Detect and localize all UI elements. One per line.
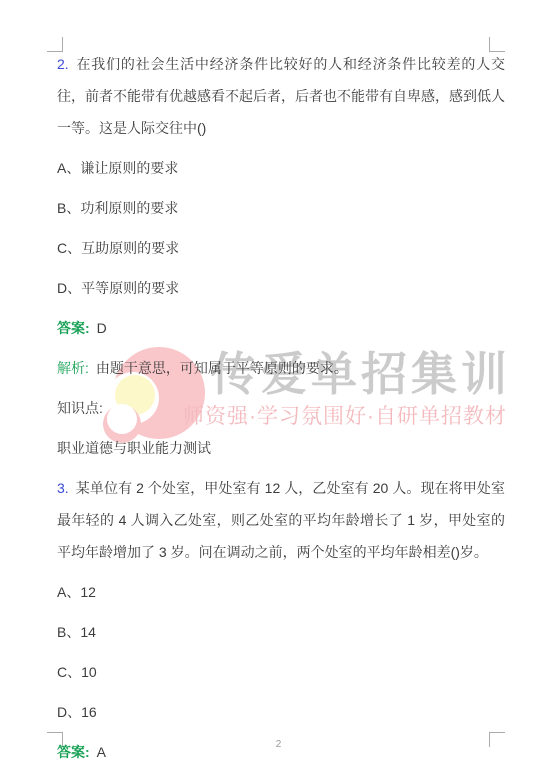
question-2-option-a: A、谦让原则的要求 [57,152,505,184]
question-2-analysis-line: 解析:由题干意思，可知属于平等原则的要求。 [57,352,505,384]
question-2-number: 2. [57,56,69,72]
question-3-option-c: C、10 [57,656,505,688]
answer-label: 答案: [57,320,90,336]
question-2-stem: 2.在我们的社会生活中经济条件比较好的人和经济条件比较差的人交往，前者不能带有优… [57,48,505,144]
question-2-text: 在我们的社会生活中经济条件比较好的人和经济条件比较差的人交往，前者不能带有优越感… [57,56,505,136]
question-3-number: 3. [57,480,69,496]
knowledge-point-value: 职业道德与职业能力测试 [57,432,505,464]
document-content: 2.在我们的社会生活中经济条件比较好的人和经济条件比较差的人交往，前者不能带有优… [57,48,505,776]
page-number: 2 [0,739,557,750]
question-2-option-c: C、互助原则的要求 [57,232,505,264]
analysis-label: 解析: [57,360,89,376]
knowledge-point-label: 知识点: [57,392,505,424]
question-2-option-b: B、功利原则的要求 [57,192,505,224]
document-page: 传爱单招集训 师资强·学习氛围好·自研单招教材 2.在我们的社会生活中经济条件比… [0,0,557,779]
question-2-analysis-text: 由题干意思，可知属于平等原则的要求。 [96,360,348,376]
question-3-text: 某单位有 2 个处室，甲处室有 12 人，乙处室有 20 人。现在将甲处室最年轻… [57,480,505,560]
question-2-option-d: D、平等原则的要求 [57,272,505,304]
question-2-answer-value: D [97,320,107,336]
question-3-option-b: B、14 [57,616,505,648]
question-3-stem: 3.某单位有 2 个处室，甲处室有 12 人，乙处室有 20 人。现在将甲处室最… [57,472,505,568]
question-3-option-a: A、12 [57,576,505,608]
question-3-option-d: D、16 [57,696,505,728]
question-2-answer-line: 答案:D [57,312,505,344]
